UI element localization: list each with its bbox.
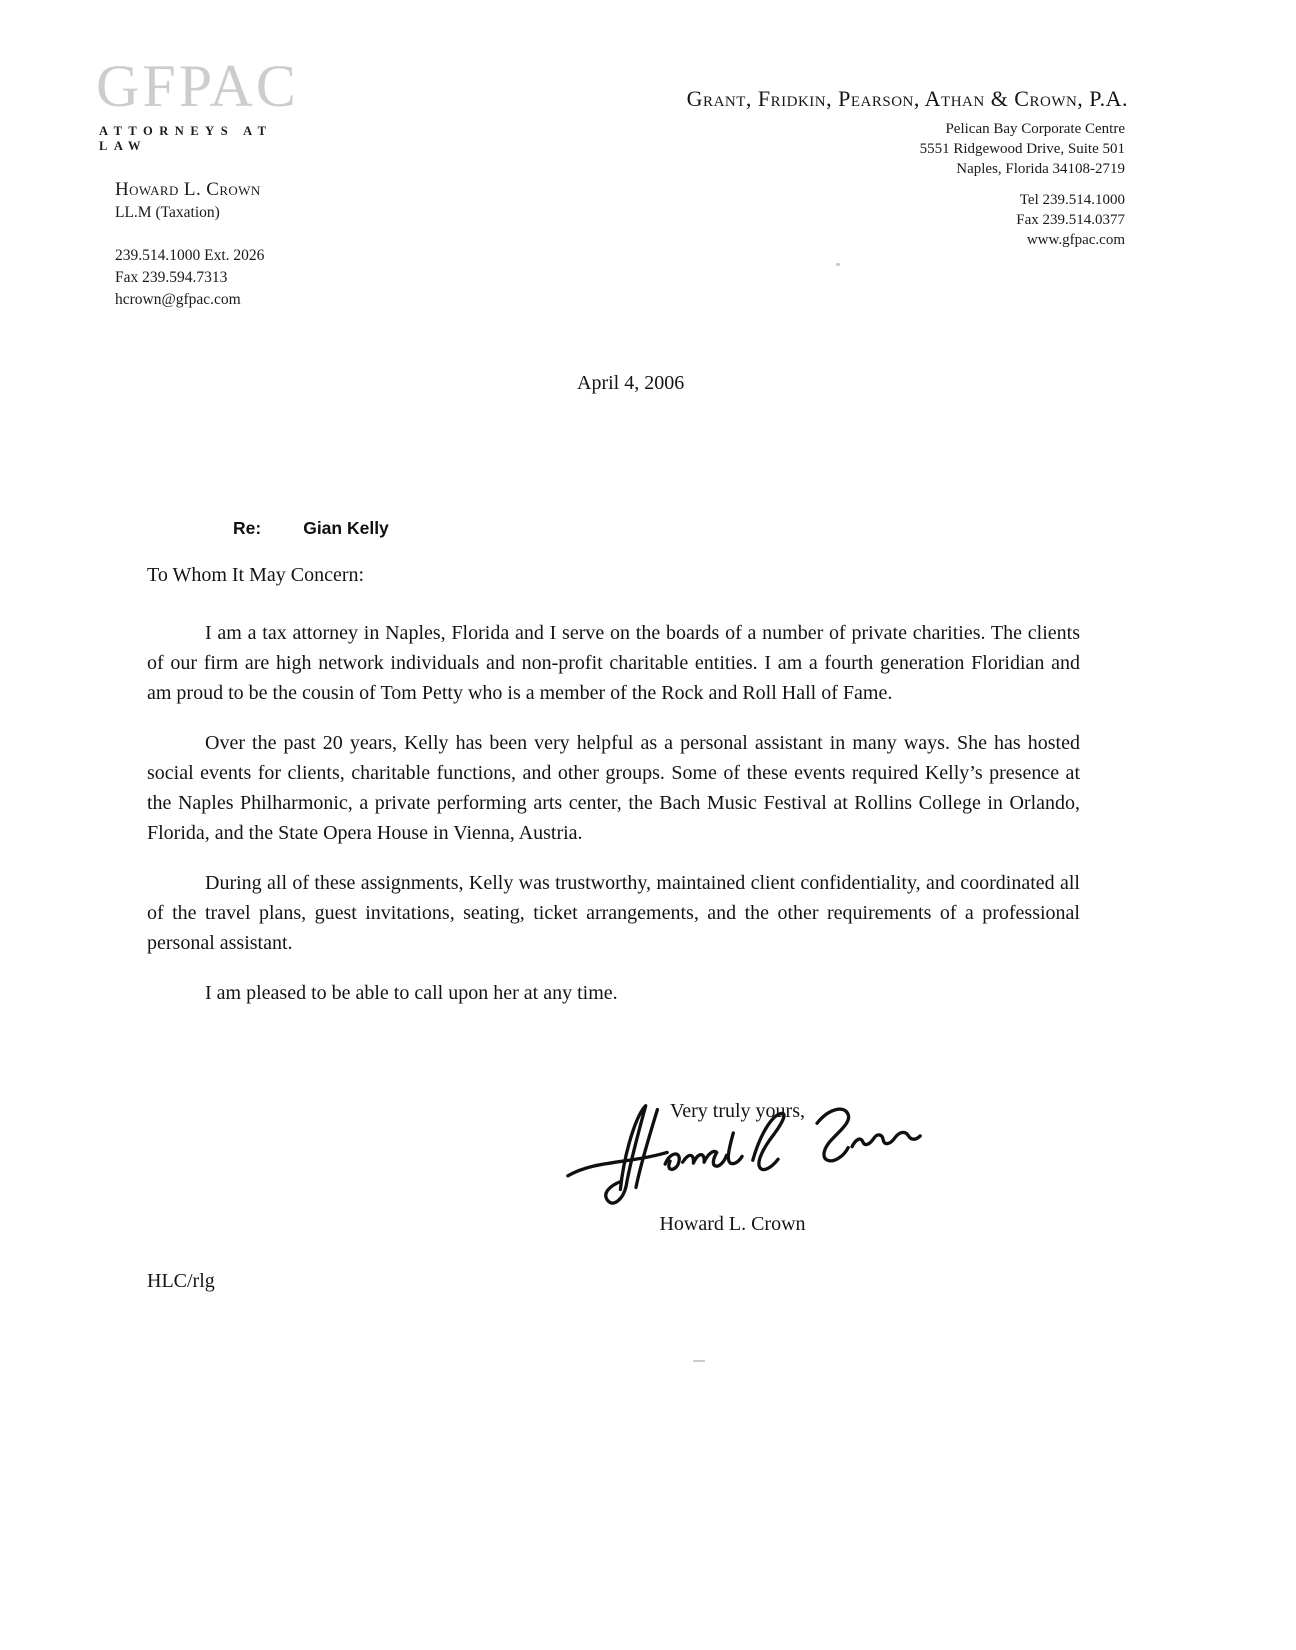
scan-artifact-dot <box>836 263 840 266</box>
office-street: 5551 Ridgewood Drive, Suite 501 <box>920 139 1125 159</box>
attorney-phone: 239.514.1000 Ext. 2026 <box>115 245 264 267</box>
office-address-block: Pelican Bay Corporate Centre 5551 Ridgew… <box>920 119 1125 250</box>
salutation: To Whom It May Concern: <box>147 560 1080 590</box>
firm-name: Grant, Fridkin, Pearson, Athan & Crown, … <box>687 86 1128 112</box>
letter-paragraph-2: Over the past 20 years, Kelly has been v… <box>147 728 1080 848</box>
letter-body: To Whom It May Concern: I am a tax attor… <box>147 560 1080 1008</box>
attorney-name: Howard L. Crown <box>115 178 264 202</box>
letter-paragraph-4: I am pleased to be able to call upon her… <box>147 978 1080 1008</box>
attorney-credentials: LL.M (Taxation) <box>115 202 264 224</box>
office-tel: Tel 239.514.1000 <box>920 190 1125 210</box>
re-subject: Gian Kelly <box>303 518 389 538</box>
office-building: Pelican Bay Corporate Centre <box>920 119 1125 139</box>
re-label: Re: <box>233 518 261 538</box>
letter-paragraph-3: During all of these assignments, Kelly w… <box>147 868 1080 958</box>
letter-paragraph-1: I am a tax attorney in Naples, Florida a… <box>147 618 1080 708</box>
firm-logo: GFPAC <box>96 56 326 116</box>
signer-printed-name: Howard L. Crown <box>565 1213 900 1236</box>
firm-logo-tagline: ATTORNEYS AT LAW <box>99 124 329 154</box>
signature-image <box>562 1092 927 1214</box>
office-fax: Fax 239.514.0377 <box>920 210 1125 230</box>
office-city: Naples, Florida 34108-2719 <box>920 159 1125 179</box>
re-line: Re:Gian Kelly <box>233 518 389 539</box>
scan-artifact-dash <box>693 1360 705 1362</box>
scanned-letter-page: { "letterhead": { "logo_text": "GFPAC", … <box>0 0 1296 1650</box>
attorney-fax: Fax 239.594.7313 <box>115 267 264 289</box>
attorney-email: hcrown@gfpac.com <box>115 289 264 311</box>
attorney-block: Howard L. Crown LL.M (Taxation) 239.514.… <box>115 178 264 311</box>
office-website: www.gfpac.com <box>920 230 1125 250</box>
letter-date: April 4, 2006 <box>577 372 684 395</box>
reference-initials: HLC/rlg <box>147 1270 215 1293</box>
